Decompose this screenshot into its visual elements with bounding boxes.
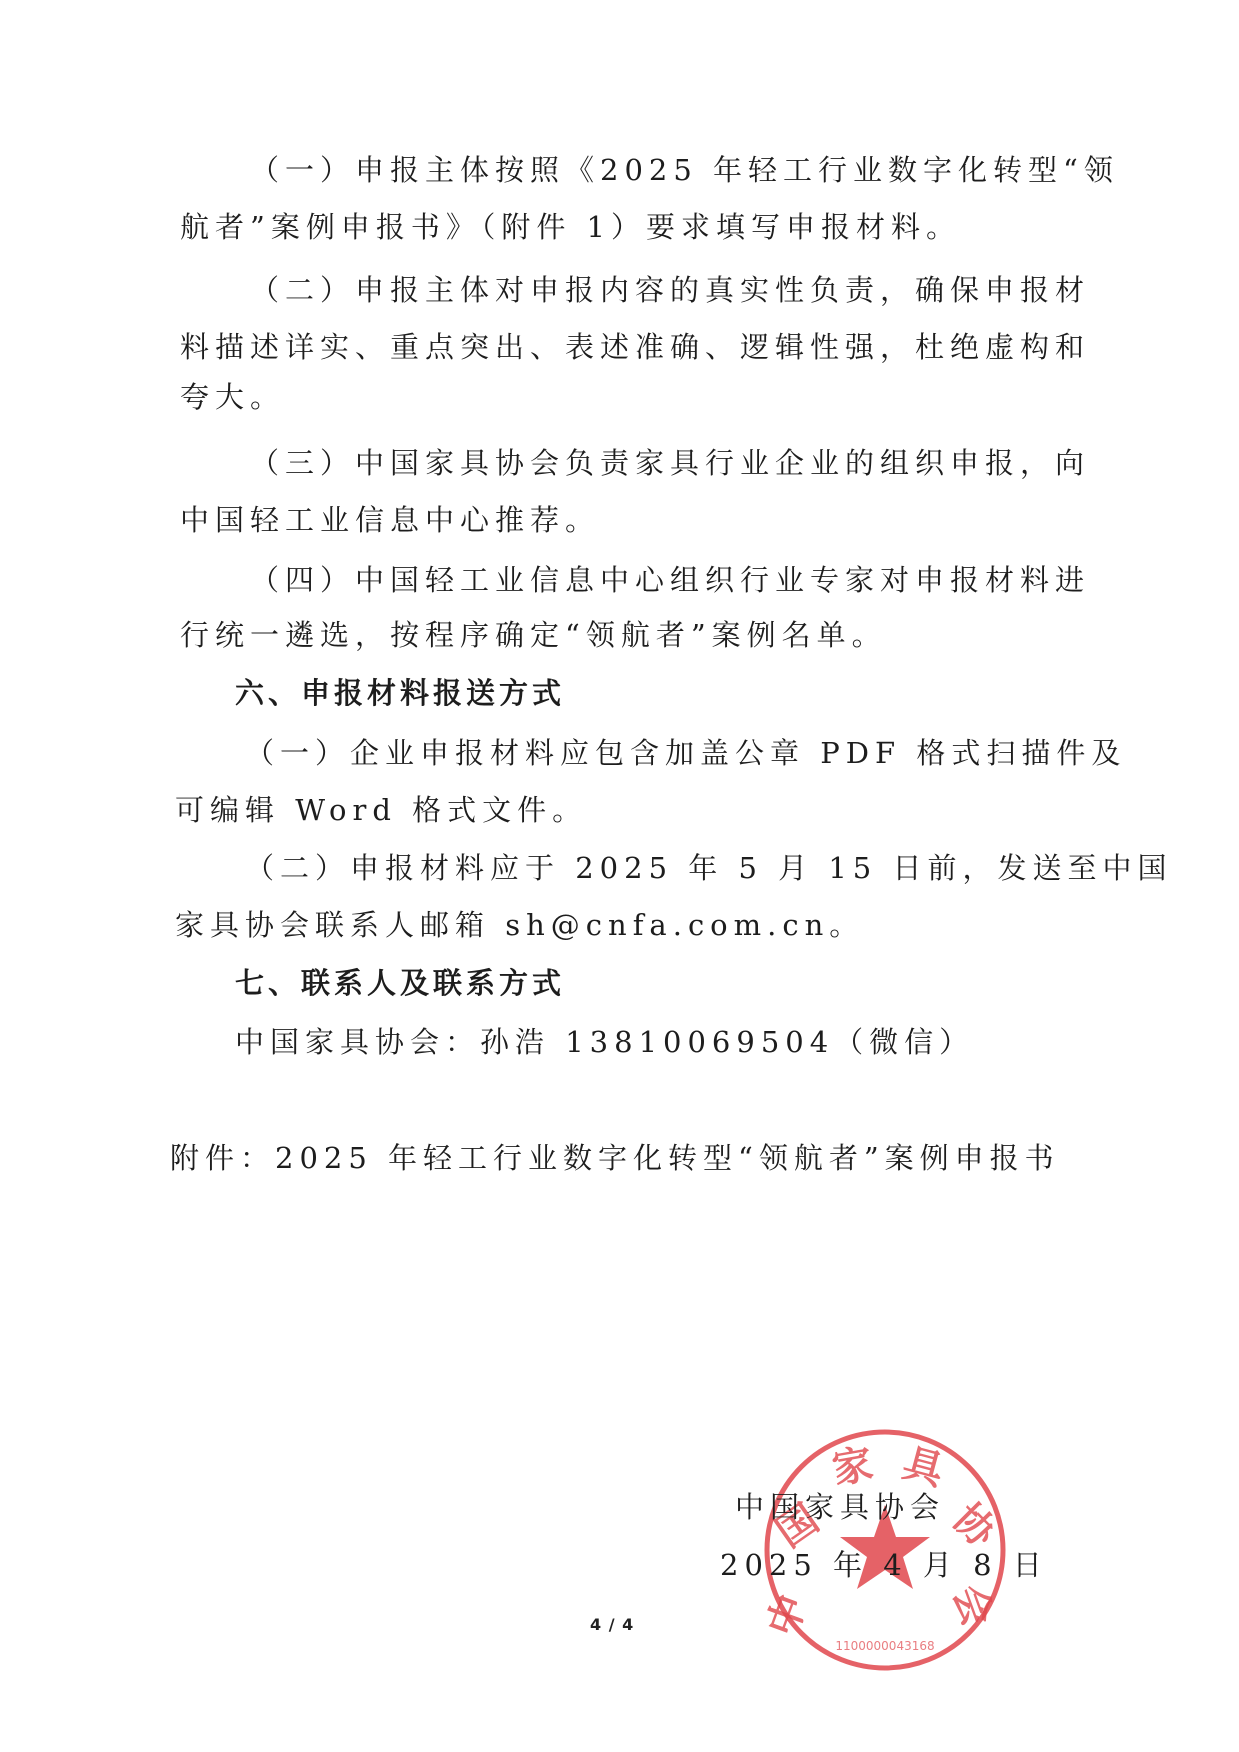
paragraph-line: 家具协会联系人邮箱 sh@cnfa.com.cn。 — [175, 905, 864, 945]
paragraph-line: （一）企业申报材料应包含加盖公章 PDF 格式扫描件及 — [245, 733, 1126, 773]
paragraph-line: 料描述详实、重点突出、表述准确、逻辑性强，杜绝虚构和 — [180, 327, 1090, 367]
page-number: 4 / 4 — [590, 1615, 634, 1634]
paragraph-line: （二）申报材料应于 2025 年 5 月 15 日前，发送至中国 — [245, 848, 1172, 888]
paragraph-line: （三）中国家具协会负责家具行业企业的组织申报，向 — [250, 443, 1090, 483]
paragraph-line: （一）申报主体按照《2025 年轻工行业数字化转型“领 — [250, 150, 1119, 190]
contact-line: 中国家具协会：孙浩 13810069504（微信） — [235, 1022, 974, 1062]
document-page: （一）申报主体按照《2025 年轻工行业数字化转型“领 航者”案例申报书》（附件… — [0, 0, 1239, 1752]
svg-text:中: 中 — [760, 1589, 816, 1642]
signature-organization: 中国家具协会 — [735, 1485, 945, 1526]
paragraph-line: 航者”案例申报书》（附件 1）要求填写申报材料。 — [180, 207, 961, 247]
svg-text:会: 会 — [944, 1579, 1001, 1632]
paragraph-line: （二）申报主体对申报内容的真实性负责，确保申报材 — [250, 270, 1090, 310]
paragraph-line: 中国轻工业信息中心推荐。 — [180, 500, 600, 540]
signature-date: 2025 年 4 月 8 日 — [720, 1543, 1048, 1584]
section-heading-6: 六、申报材料报送方式 — [235, 673, 565, 713]
attachment-line: 附件：2025 年轻工行业数字化转型“领航者”案例申报书 — [170, 1138, 1060, 1178]
section-heading-7: 七、联系人及联系方式 — [235, 963, 565, 1003]
paragraph-line: 可编辑 Word 格式文件。 — [175, 790, 587, 830]
svg-text:1100000043168: 1100000043168 — [835, 1639, 934, 1653]
paragraph-line: 行统一遴选，按程序确定“领航者”案例名单。 — [180, 615, 887, 655]
paragraph-line: 夸大。 — [180, 377, 285, 417]
paragraph-line: （四）中国轻工业信息中心组织行业专家对申报材料进 — [250, 560, 1090, 600]
